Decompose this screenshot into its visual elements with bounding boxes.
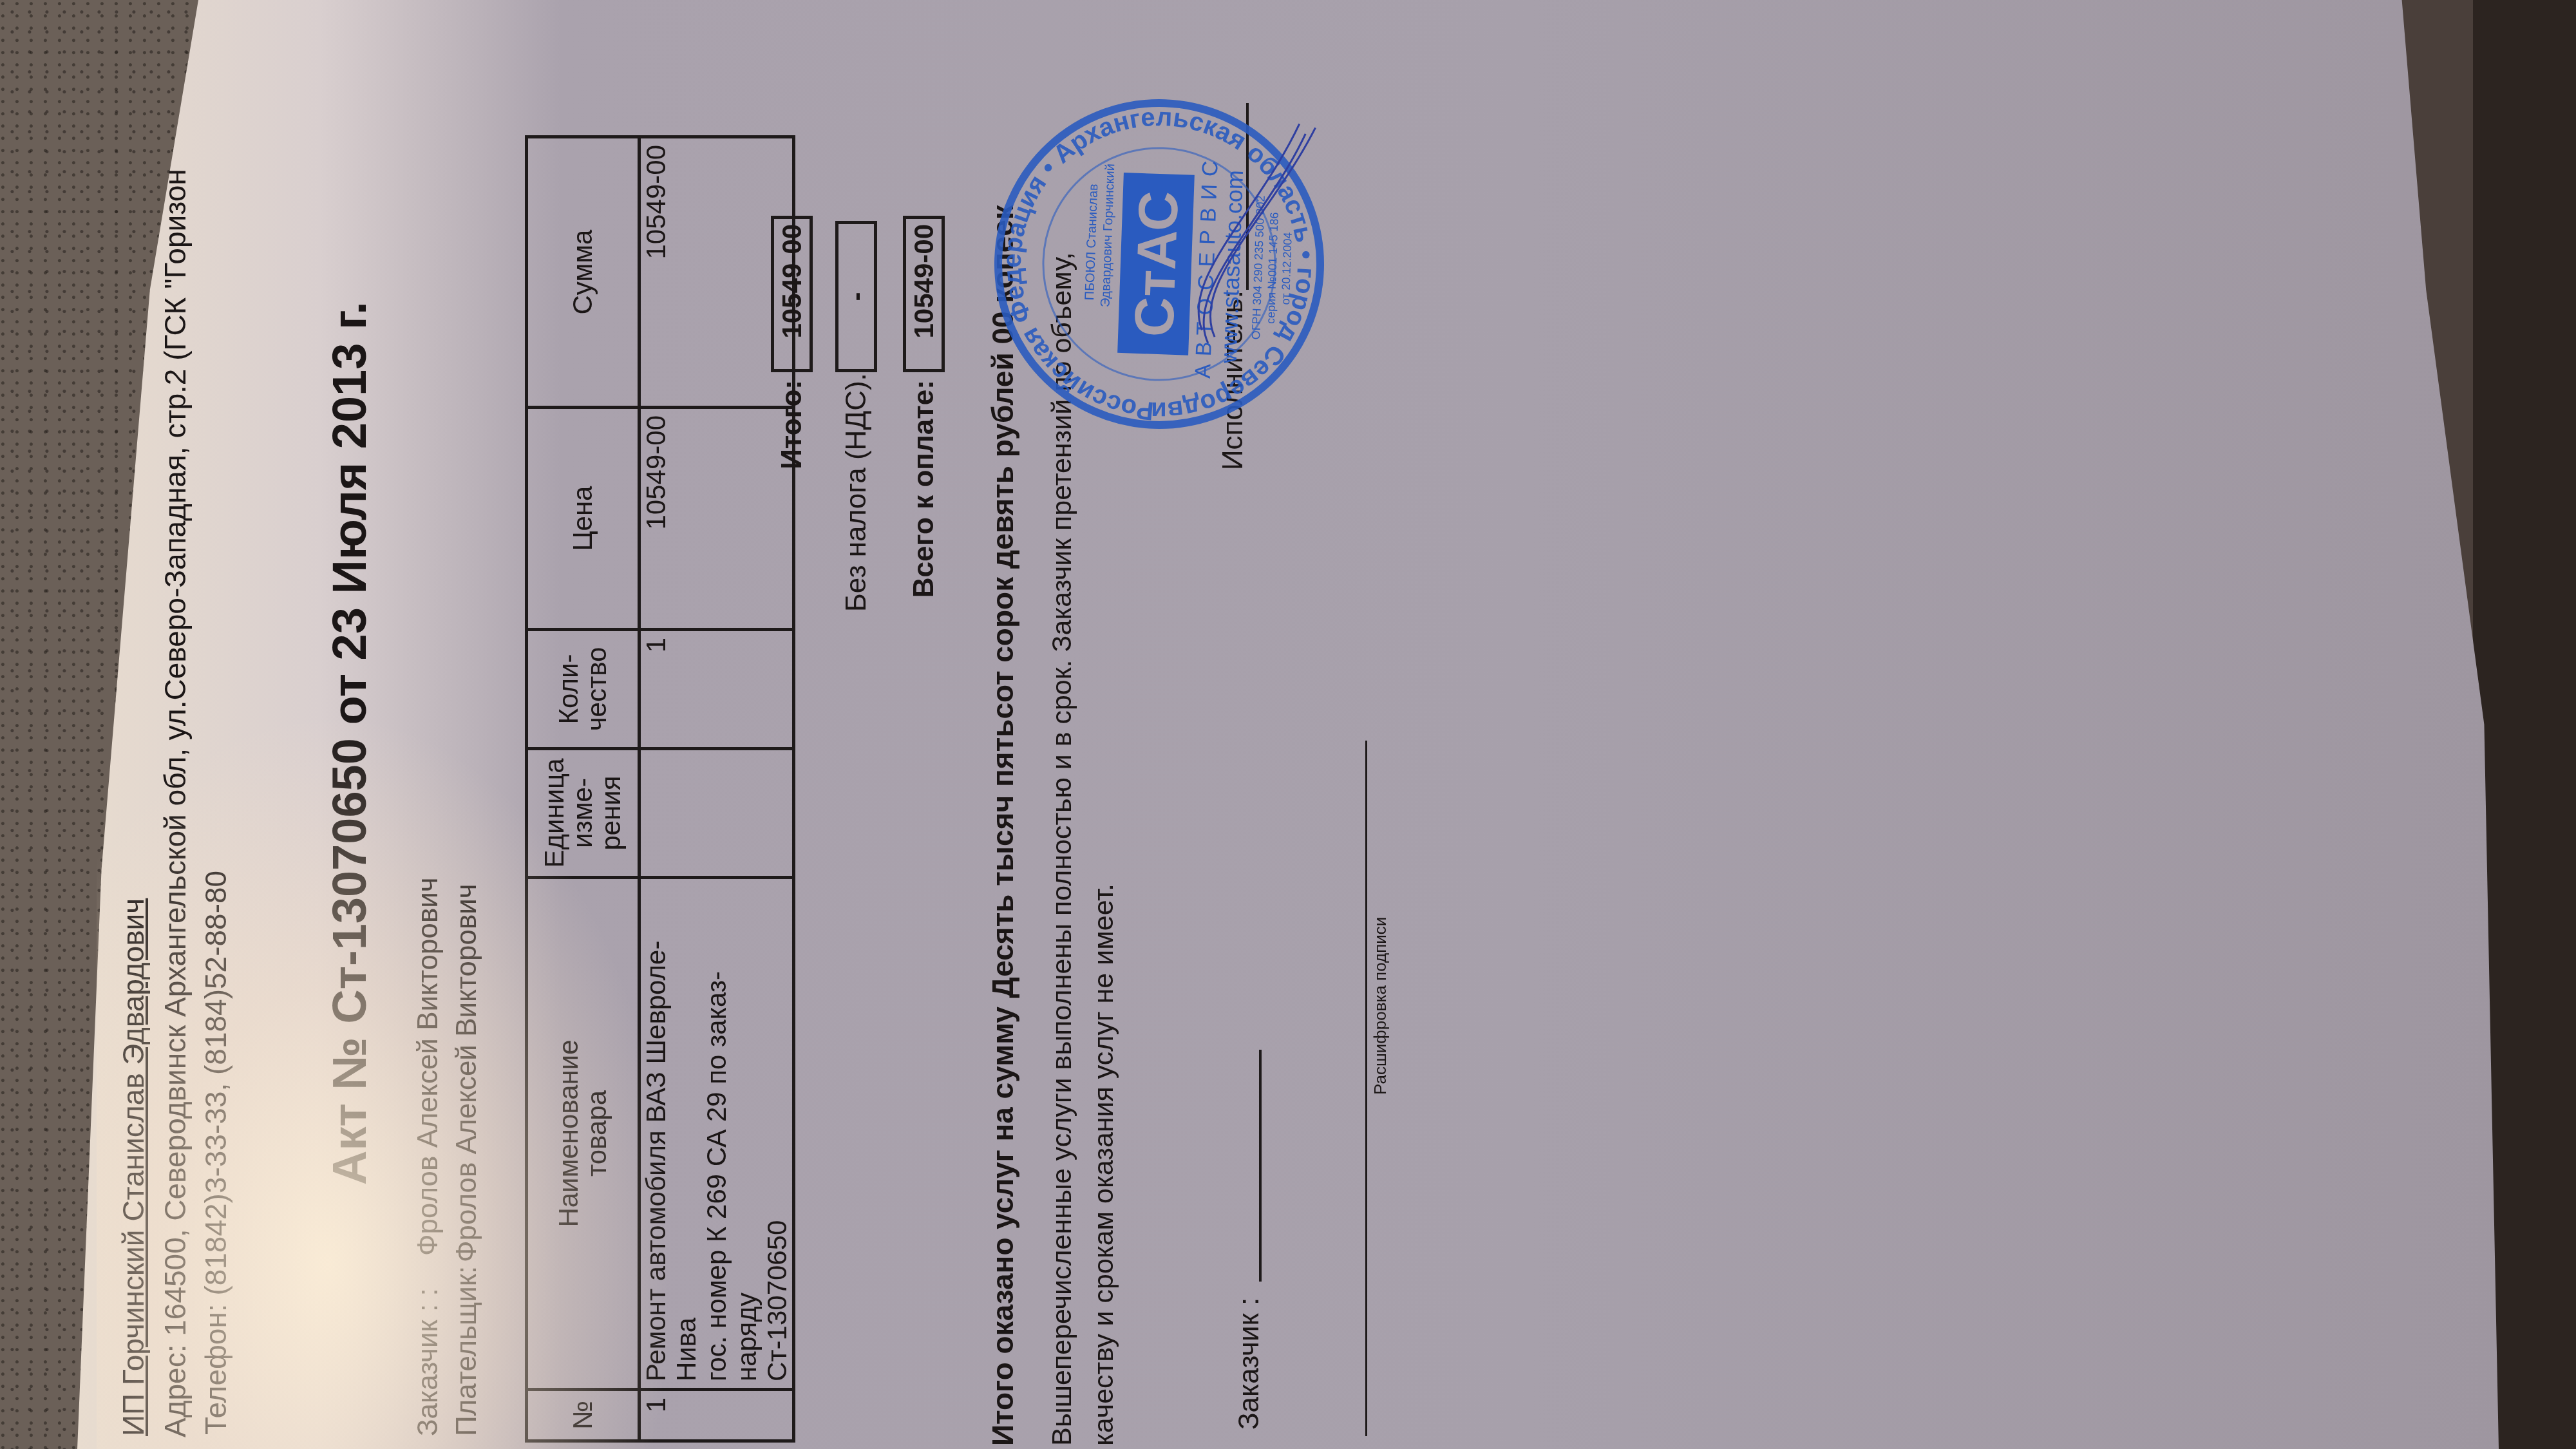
col-header-qty: Коли- чество xyxy=(527,630,639,749)
customer-signature-line xyxy=(1259,1050,1262,1282)
items-table: № Наименование товара Единица изме- рени… xyxy=(525,135,795,1443)
cell-qty: 1 xyxy=(639,630,794,749)
subtotal-label: Итого: xyxy=(776,380,808,612)
svg-text:серия №001 145 186: серия №001 145 186 xyxy=(1264,212,1281,324)
col-header-unit: Единица изме- рения xyxy=(527,749,639,878)
col-header-name: Наименование товара xyxy=(527,878,639,1390)
cell-name: Ремонт автомобиля ВАЗ Шевроле-Нива гос. … xyxy=(639,878,794,1390)
decode-signature-label: Расшифровка подписи xyxy=(1370,917,1390,1095)
statement-line-2: качеству и срокам оказания услуг не имее… xyxy=(1088,884,1120,1446)
vat-value: - xyxy=(835,221,877,372)
payer-value: Фролов Алексей Викторович xyxy=(451,884,483,1262)
company-stamp: Российская Федерация • Архангельская обл… xyxy=(986,91,1332,437)
subtotal-value: 10549-00 xyxy=(771,216,813,372)
total-label: Всего к оплате: xyxy=(908,380,940,676)
total-value: 10549-00 xyxy=(903,216,945,372)
svg-text:СтАС: СтАС xyxy=(1123,190,1190,338)
vat-label: Без налога (НДС). xyxy=(840,380,873,612)
act-document: ИП Горчинский Станислав Эдвардович Адрес… xyxy=(0,0,2383,1449)
seller-phone: Телефон: (81842)3-33-33, (8184)52-88-80 xyxy=(198,871,233,1435)
table-header-row: № Наименование товара Единица изме- рени… xyxy=(527,137,639,1441)
payer-label: Плательщик: xyxy=(451,1266,483,1436)
svg-text:от 20.12.2004: от 20.12.2004 xyxy=(1279,232,1294,305)
cell-no: 1 xyxy=(639,1390,794,1441)
photo-frame: ИП Горчинский Станислав Эдвардович Адрес… xyxy=(0,0,2576,1449)
customer-value: Фролов Алексей Викторович xyxy=(412,877,444,1256)
customer-label: Заказчик : : xyxy=(412,1288,444,1436)
statement-line-1: Вышеперечисленные услуги выполнены полно… xyxy=(1046,252,1078,1446)
decode-signature-line xyxy=(1365,741,1367,1436)
col-header-price: Цена xyxy=(527,408,639,630)
col-header-sum: Сумма xyxy=(527,137,639,408)
seller-name: ИП Горчинский Станислав Эдвардович xyxy=(116,898,151,1436)
col-header-no: № xyxy=(527,1390,639,1441)
page-title: Акт № Ст-13070650 от 23 Июля 2013 г. xyxy=(322,301,377,1185)
customer-signature-label: Заказчик : xyxy=(1233,1298,1265,1430)
cell-unit xyxy=(639,749,794,878)
cell-price: 10549-00 xyxy=(639,408,794,630)
seller-address: Адрес: 164500, Северодвинск Архангельско… xyxy=(158,169,193,1437)
svg-text:Эдвардович Горчинский: Эдвардович Горчинский xyxy=(1099,164,1118,308)
svg-text:ПБОЮЛ Станислав: ПБОЮЛ Станислав xyxy=(1083,184,1101,301)
stamp-seal-icon: Российская Федерация • Архангельская обл… xyxy=(986,91,1332,437)
